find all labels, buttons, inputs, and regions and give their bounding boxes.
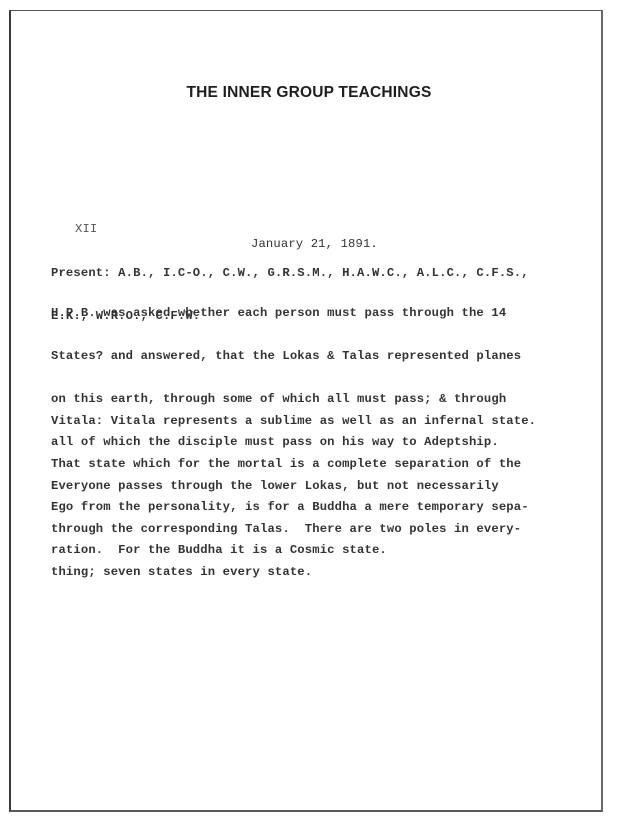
paragraph-line: Vitala: Vitala represents a sublime as w…: [51, 414, 536, 428]
paragraph-line: States? and answered, that the Lokas & T…: [51, 349, 521, 363]
paragraph-line: Ego from the personality, is for a Buddh…: [51, 500, 536, 514]
paragraph-vitala: Vitala: Vitala represents a sublime as w…: [51, 385, 536, 587]
paragraph-line: That state which for the mortal is a com…: [51, 457, 536, 471]
session-number: XII: [75, 222, 97, 236]
paragraph-line: ration. For the Buddha it is a Cosmic st…: [51, 543, 536, 557]
paragraph-line: H.P.B. was asked whether each person mus…: [51, 306, 521, 320]
document-title: THE INNER GROUP TEACHINGS: [11, 84, 601, 102]
document-page: THE INNER GROUP TEACHINGS XII January 21…: [9, 10, 603, 812]
